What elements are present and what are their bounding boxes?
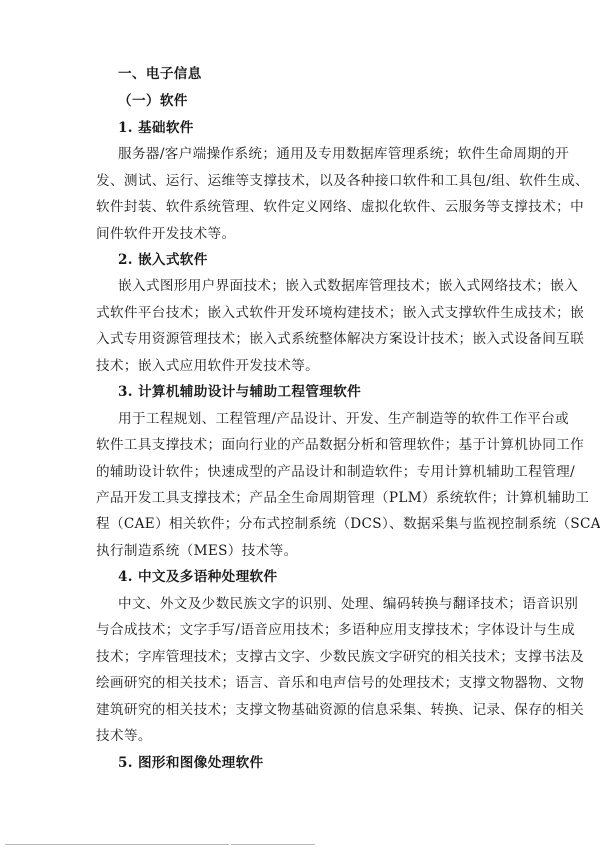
paragraph-line: 技术；嵌入式应用软件开发技术等。 (96, 357, 524, 375)
paragraph-line: 程（CAE）相关软件；分布式控制系统（DCS）、数据采集与监视控制系统（SCAD… (96, 515, 524, 533)
paragraph-line: 技术；字库管理技术；支撑古文字、少数民族文字研究的相关技术；支撑书法及 (96, 648, 524, 666)
paragraph-line: 执行制造系统（MES）技术等。 (96, 542, 524, 560)
paragraph-line: 的辅助设计软件；快速成型的产品设计和制造软件；专用计算机辅助工程管理/ (96, 463, 524, 481)
paragraph-line: 间件软件开发技术等。 (96, 225, 524, 243)
section-title-3: 3. 计算机辅助设计与辅助工程管理软件 (118, 383, 546, 401)
paragraph-line: 服务器/客户端操作系统；通用及专用数据库管理系统；软件生命周期的开 (118, 145, 524, 163)
document-page: 一、电子信息 （一）软件 1. 基础软件 服务器/客户端操作系统；通用及专用数据… (0, 0, 600, 851)
paragraph-line: 发、测试、运行、运维等支撑技术，以及各种接口软件和工具包/组、软件生成、 (96, 172, 524, 190)
section-title-2: 2. 嵌入式软件 (118, 251, 546, 269)
paragraph-line: 入式专用资源管理技术；嵌入式系统整体解决方案设计技术；嵌入式设备间互联 (96, 330, 524, 348)
section-title-5: 5. 图形和图像处理软件 (118, 754, 546, 772)
heading-level2: （一）软件 (118, 92, 546, 110)
paragraph-line: 式软件平台技术；嵌入式软件开发环境构建技术；嵌入式支撑软件生成技术；嵌 (96, 304, 524, 322)
footer-rule (231, 844, 315, 845)
footer-rule (5, 844, 229, 845)
paragraph-line: 与合成技术；文字手写/语音应用技术；多语种应用支撑技术；字体设计与生成 (96, 621, 524, 639)
paragraph-line: 软件工具支撑技术；面向行业的产品数据分析和管理软件；基于计算机协同工作 (96, 436, 524, 454)
paragraph-line: 技术等。 (96, 727, 524, 745)
heading-level1: 一、电子信息 (118, 65, 546, 83)
paragraph-line: 中文、外文及少数民族文字的识别、处理、编码转换与翻译技术；语音识别 (118, 595, 524, 613)
paragraph-line: 建筑研究的相关技术；支撑文物基础资源的信息采集、转换、记录、保存的相关 (96, 701, 524, 719)
section-title-1: 1. 基础软件 (118, 119, 546, 137)
paragraph-line: 用于工程规划、工程管理/产品设计、开发、生产制造等的软件工作平台或 (118, 410, 524, 428)
paragraph-line: 产品开发工具支撑技术；产品全生命周期管理（PLM）系统软件；计算机辅助工 (96, 489, 524, 507)
paragraph-line: 绘画研究的相关技术；语言、音乐和电声信号的处理技术；支撑文物器物、文物 (96, 674, 524, 692)
paragraph-line: 嵌入式图形用户界面技术；嵌入式数据库管理技术；嵌入式网络技术；嵌入 (118, 277, 524, 295)
section-title-4: 4. 中文及多语种处理软件 (118, 568, 546, 586)
paragraph-line: 软件封装、软件系统管理、软件定义网络、虚拟化软件、云服务等支撑技术；中 (96, 198, 524, 216)
